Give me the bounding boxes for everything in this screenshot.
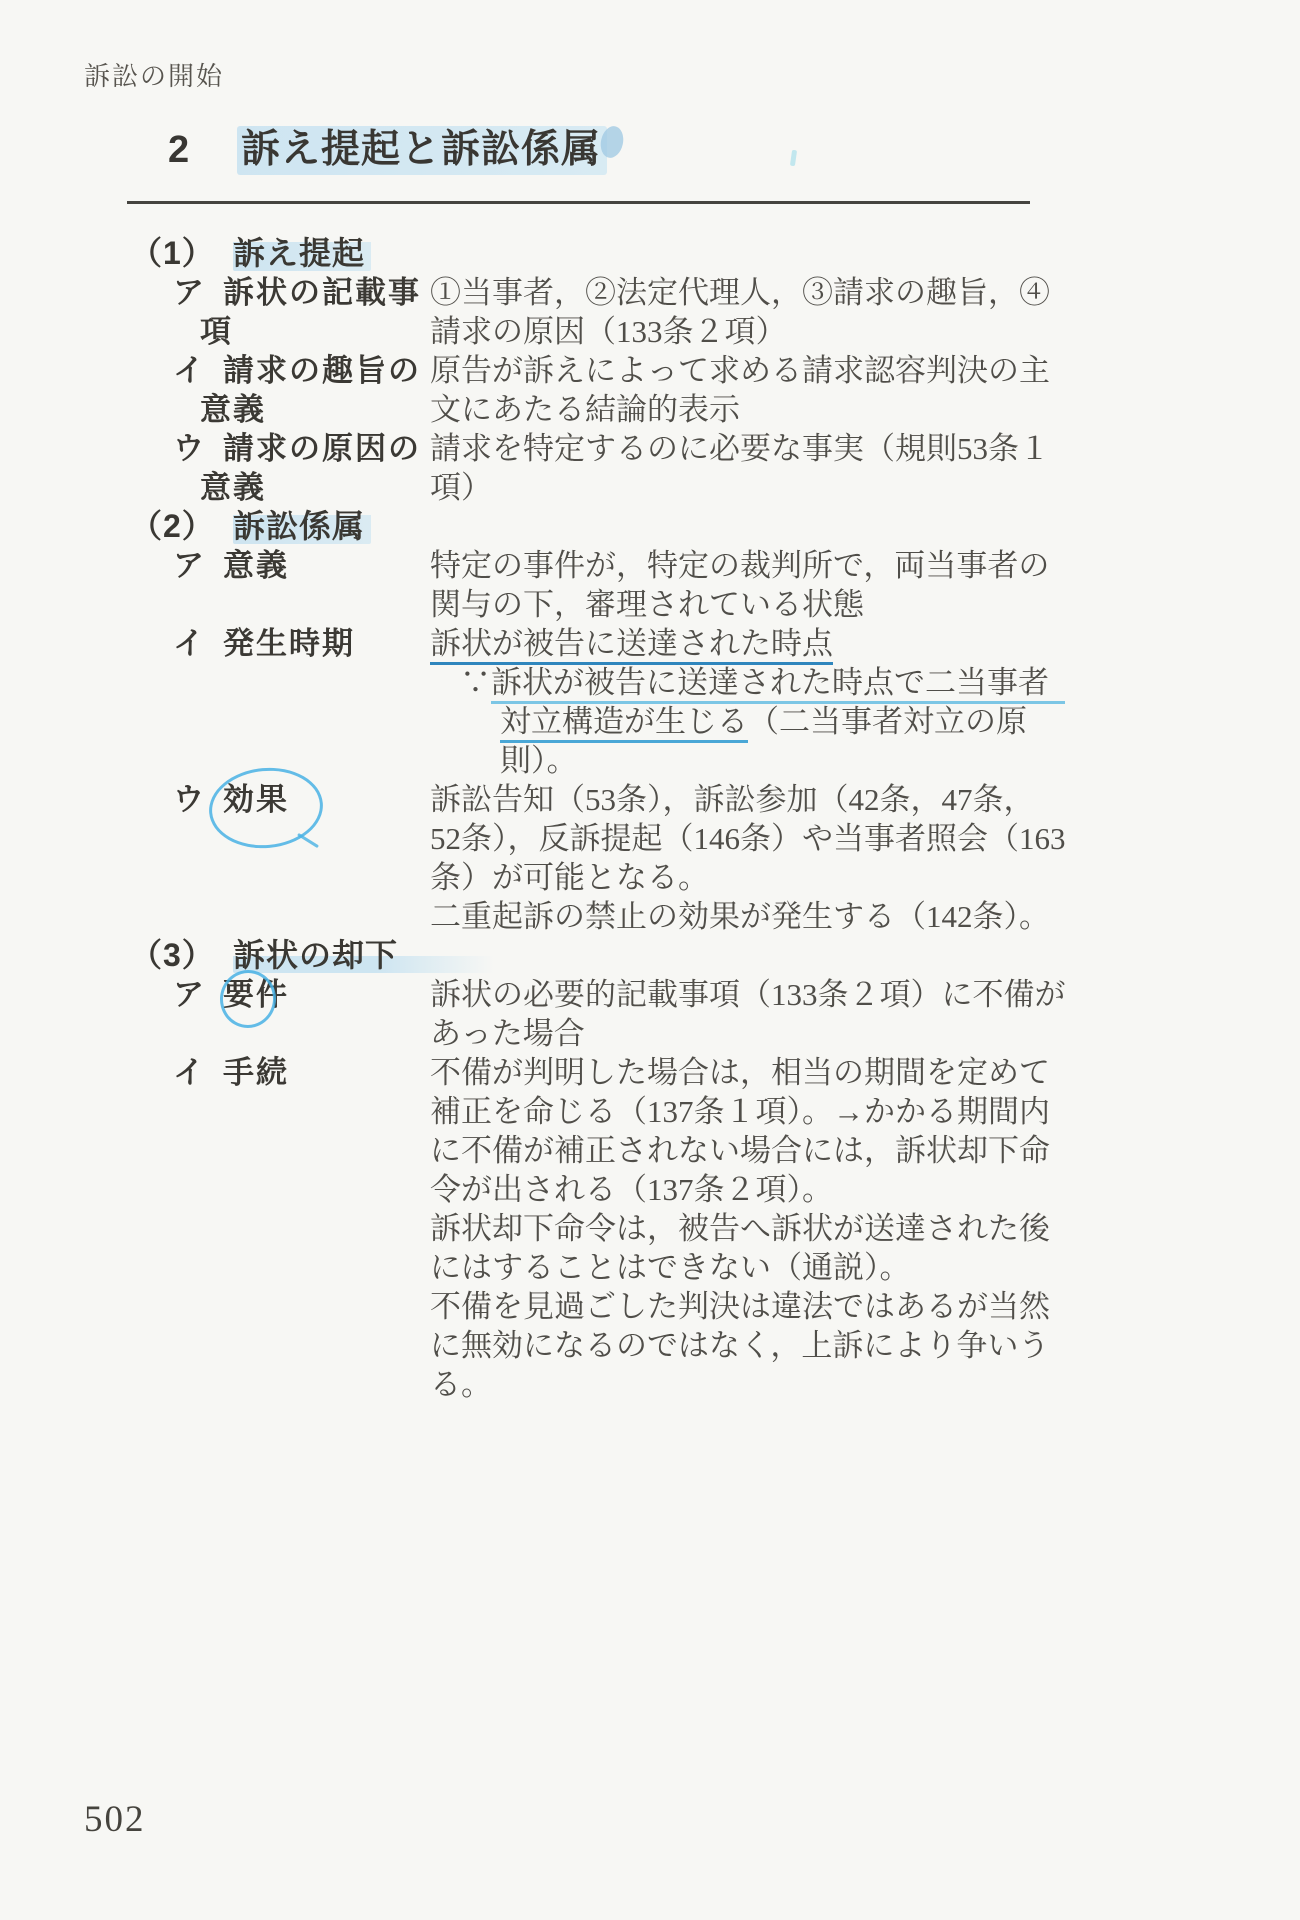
running-head: 訴訟の開始 (84, 56, 224, 93)
heading-3-number: （3） (130, 936, 233, 975)
item-label-text: 発生時期 (200, 624, 355, 663)
item-label-text: 意義 (200, 546, 289, 585)
heading-1-text-highlighted: 訴え提起 (233, 235, 371, 271)
item-label: ウ請求の原因の 意義 (0, 429, 430, 507)
item-label-text: 訴状の記載事 項 (200, 273, 421, 351)
item-body-annotated: 訴状が被告に送達された時点 ∵訴状が被告に送達された時点で二当事者 対立構造が生… (430, 624, 1065, 780)
outline-row: ア訴状の記載事 項 ①当事者，②法定代理人，③請求の趣旨，④ 請求の原因（133… (0, 273, 1300, 351)
outline-row: イ発生時期 訴状が被告に送達された時点 ∵訴状が被告に送達された時点で二当事者 … (0, 624, 1300, 780)
item-label-text: 請求の趣旨の 意義 (200, 351, 421, 429)
item-label: イ発生時期 (0, 624, 430, 663)
item-kana: ウ (173, 429, 200, 468)
item-kana: ア (173, 273, 200, 312)
heading-1: （1）訴え提起 (0, 234, 1300, 273)
item-kana: イ (173, 1053, 200, 1092)
section-title-text-highlighted: 訴え提起と訴訟係属 (237, 126, 607, 175)
outline-row: ア要件 訴状の必要的記載事項（133条２項）に不備が あった場合 (0, 975, 1300, 1053)
item-label: ア意義 (0, 546, 430, 585)
heading-1-number: （1） (130, 234, 233, 273)
body-line: ∵訴状が被告に送達された時点で二当事者 (430, 663, 1065, 702)
heading-2-text-highlighted: 訴訟係属 (233, 508, 371, 544)
outline-row: イ手続 不備が判明した場合は，相当の期間を定めて 補正を命じる（137条１項）。… (0, 1053, 1300, 1404)
item-body: 特定の事件が，特定の裁判所で，両当事者の 関与の下，審理されている状態 (430, 546, 1049, 624)
section-title-number: 2 (168, 129, 237, 172)
item-label: ア要件 (0, 975, 430, 1014)
item-kana: ア (173, 546, 200, 585)
item-kana: イ (173, 351, 200, 390)
item-kana: ア (173, 975, 200, 1014)
item-body: 原告が訴えによって求める請求認容判決の主 文にあたる結論的表示 (430, 351, 1050, 429)
stray-pen-mark (790, 150, 797, 167)
item-body: 請求を特定するのに必要な事実（規則53条１ 項） (430, 429, 1050, 507)
outline-row: ウ請求の原因の 意義 請求を特定するのに必要な事実（規則53条１ 項） (0, 429, 1300, 507)
item-label-text: 請求の原因の 意義 (200, 429, 421, 507)
outline-row: ア意義 特定の事件が，特定の裁判所で，両当事者の 関与の下，審理されている状態 (0, 546, 1300, 624)
body-line: 訴状が被告に送達された時点 (430, 624, 1065, 663)
pen-underlined-text: 訴状が被告に送達された時点で二当事者 (491, 665, 1065, 704)
outline-row: ウ効果 訴訟告知（53条），訴訟参加（42条，47条， 52条），反訴提起（14… (0, 780, 1300, 936)
item-body: ①当事者，②法定代理人，③請求の趣旨，④ 請求の原因（133条２項） (430, 273, 1050, 351)
item-kana: イ (173, 624, 200, 663)
heading-2-number: （2） (130, 507, 233, 546)
heading-3: （3）訴状の却下 (0, 936, 1300, 975)
body-line: 則）。 (430, 741, 1065, 780)
because-symbol: ∵ (460, 665, 491, 700)
section-title: 2訴え提起と訴訟係属 (168, 118, 607, 174)
outline-content: （1）訴え提起 ア訴状の記載事 項 ①当事者，②法定代理人，③請求の趣旨，④ 請… (0, 234, 1300, 1404)
book-page: 訴訟の開始 2訴え提起と訴訟係属 （1）訴え提起 ア訴状の記載事 項 ①当事者，… (0, 0, 1300, 1920)
heading-2: （2）訴訟係属 (0, 507, 1300, 546)
body-text: （二当事者対立の原 (748, 704, 1027, 739)
item-kana: ウ (173, 780, 200, 819)
item-label-text: 手続 (200, 1053, 289, 1092)
page-number: 502 (84, 1798, 146, 1841)
body-line: 対立構造が生じる（二当事者対立の原 (430, 702, 1065, 741)
item-body: 訴状の必要的記載事項（133条２項）に不備が あった場合 (430, 975, 1066, 1053)
pen-underlined-text: 訴状が被告に送達された時点 (430, 626, 833, 665)
pen-underlined-text: 対立構造が生じる (500, 704, 748, 743)
outline-row: イ請求の趣旨の 意義 原告が訴えによって求める請求認容判決の主 文にあたる結論的… (0, 351, 1300, 429)
item-label: ア訴状の記載事 項 (0, 273, 430, 351)
item-body: 不備が判明した場合は，相当の期間を定めて 補正を命じる（137条１項）。→かかる… (430, 1053, 1050, 1404)
heading-3-text-highlighted: 訴状の却下 (233, 937, 494, 973)
item-label: イ請求の趣旨の 意義 (0, 351, 430, 429)
title-underline-rule (127, 201, 1030, 204)
item-body: 訴訟告知（53条），訴訟参加（42条，47条， 52条），反訴提起（146条）や… (430, 780, 1066, 936)
item-label: イ手続 (0, 1053, 430, 1092)
